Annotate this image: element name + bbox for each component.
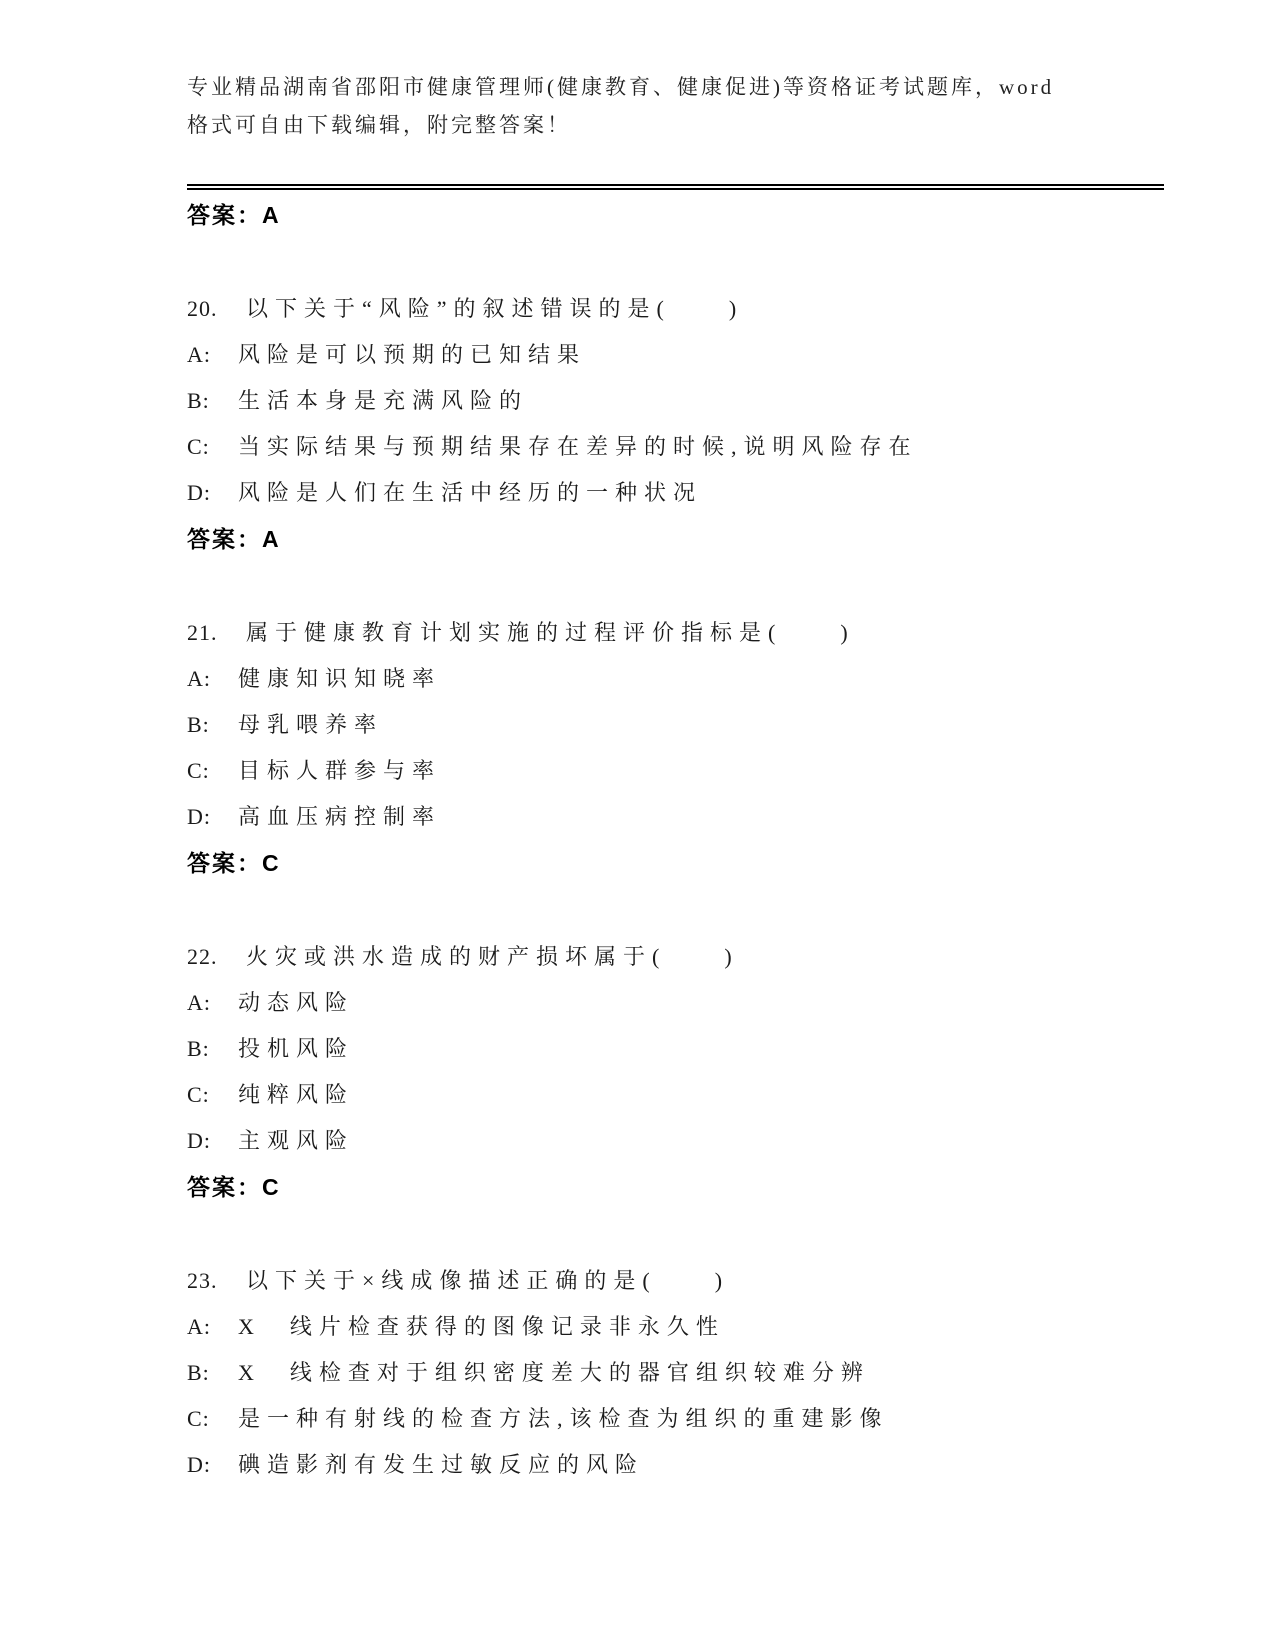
question-23: 23.以下关于×线成像描述正确的是( ) A:X 线片检查获得的图像记录非永久性… — [187, 1258, 1164, 1488]
option-d: D:风险是人们在生活中经历的一种状况 — [187, 470, 1164, 516]
option-label: A: — [187, 1304, 238, 1350]
option-text: 母乳喂养率 — [238, 712, 383, 737]
option-label: D: — [187, 1442, 238, 1488]
question-text: 以下关于×线成像描述正确的是( ) — [246, 1268, 729, 1293]
option-text: 目标人群参与率 — [238, 758, 441, 783]
option-text: 健康知识知晓率 — [238, 666, 441, 691]
question-line: 21.属于健康教育计划实施的过程评价指标是( ) — [187, 610, 1164, 656]
question-line: 20.以下关于“风险”的叙述错误的是( ) — [187, 286, 1164, 332]
option-label: C: — [187, 1072, 238, 1118]
option-label: B: — [187, 378, 238, 424]
option-label: B: — [187, 1026, 238, 1072]
option-label: D: — [187, 1118, 238, 1164]
option-c: C:纯粹风险 — [187, 1072, 1164, 1118]
option-b: B:投机风险 — [187, 1026, 1164, 1072]
option-c: C:当实际结果与预期结果存在差异的时候,说明风险存在 — [187, 424, 1164, 470]
option-label: D: — [187, 794, 238, 840]
header-line-1: 专业精品湖南省邵阳市健康管理师(健康教育、健康促进)等资格证考试题库，word — [187, 68, 1164, 106]
option-a: A:风险是可以预期的已知结果 — [187, 332, 1164, 378]
question-number: 23. — [187, 1258, 246, 1304]
question-number: 21. — [187, 610, 246, 656]
answer-line: 答案：A — [187, 192, 1164, 238]
option-text: 主观风险 — [238, 1128, 354, 1153]
option-text: 动态风险 — [238, 990, 354, 1015]
option-label: C: — [187, 424, 238, 470]
option-b: B:母乳喂养率 — [187, 702, 1164, 748]
question-line: 23.以下关于×线成像描述正确的是( ) — [187, 1258, 1164, 1304]
option-text: 风险是人们在生活中经历的一种状况 — [238, 480, 702, 505]
option-text: X 线片检查获得的图像记录非永久性 — [238, 1314, 725, 1339]
option-label: C: — [187, 748, 238, 794]
answer-line: 答案：A — [187, 516, 1164, 562]
option-c: C:目标人群参与率 — [187, 748, 1164, 794]
option-a: A:动态风险 — [187, 980, 1164, 1026]
page-header: 专业精品湖南省邵阳市健康管理师(健康教育、健康促进)等资格证考试题库，word … — [187, 68, 1164, 190]
option-label: C: — [187, 1396, 238, 1442]
answer-line: 答案：C — [187, 840, 1164, 886]
option-label: B: — [187, 1350, 238, 1396]
question-21: 21.属于健康教育计划实施的过程评价指标是( ) A:健康知识知晓率 B:母乳喂… — [187, 610, 1164, 886]
option-label: A: — [187, 980, 238, 1026]
option-label: A: — [187, 656, 238, 702]
question-number: 20. — [187, 286, 246, 332]
option-text: 碘造影剂有发生过敏反应的风险 — [238, 1452, 644, 1477]
document-page: 专业精品湖南省邵阳市健康管理师(健康教育、健康促进)等资格证考试题库，word … — [0, 0, 1275, 1650]
question-22: 22.火灾或洪水造成的财产损坏属于( ) A:动态风险 B:投机风险 C:纯粹风… — [187, 934, 1164, 1210]
option-label: A: — [187, 332, 238, 378]
option-text: 风险是可以预期的已知结果 — [238, 342, 586, 367]
question-20: 20.以下关于“风险”的叙述错误的是( ) A:风险是可以预期的已知结果 B:生… — [187, 286, 1164, 562]
option-a: A:X 线片检查获得的图像记录非永久性 — [187, 1304, 1164, 1350]
question-text: 属于健康教育计划实施的过程评价指标是( ) — [246, 620, 855, 645]
question-line: 22.火灾或洪水造成的财产损坏属于( ) — [187, 934, 1164, 980]
option-c: C:是一种有射线的检查方法,该检查为组织的重建影像 — [187, 1396, 1164, 1442]
question-text: 火灾或洪水造成的财产损坏属于( ) — [246, 944, 739, 969]
question-number: 22. — [187, 934, 246, 980]
option-text: 是一种有射线的检查方法,该检查为组织的重建影像 — [238, 1406, 889, 1431]
option-b: B:生活本身是充满风险的 — [187, 378, 1164, 424]
header-line-2: 格式可自由下载编辑，附完整答案！ — [187, 106, 1164, 144]
option-label: D: — [187, 470, 238, 516]
option-b: B:X 线检查对于组织密度差大的器官组织较难分辨 — [187, 1350, 1164, 1396]
option-d: D:主观风险 — [187, 1118, 1164, 1164]
question-text: 以下关于“风险”的叙述错误的是( ) — [246, 296, 743, 321]
option-label: B: — [187, 702, 238, 748]
option-text: X 线检查对于组织密度差大的器官组织较难分辨 — [238, 1360, 870, 1385]
answer-line: 答案：C — [187, 1164, 1164, 1210]
option-d: D:高血压病控制率 — [187, 794, 1164, 840]
option-text: 当实际结果与预期结果存在差异的时候,说明风险存在 — [238, 434, 918, 459]
option-text: 高血压病控制率 — [238, 804, 441, 829]
page-content: 专业精品湖南省邵阳市健康管理师(健康教育、健康促进)等资格证考试题库，word … — [187, 0, 1164, 1488]
option-a: A:健康知识知晓率 — [187, 656, 1164, 702]
option-text: 纯粹风险 — [238, 1082, 354, 1107]
option-d: D:碘造影剂有发生过敏反应的风险 — [187, 1442, 1164, 1488]
option-text: 生活本身是充满风险的 — [238, 388, 528, 413]
option-text: 投机风险 — [238, 1036, 354, 1061]
